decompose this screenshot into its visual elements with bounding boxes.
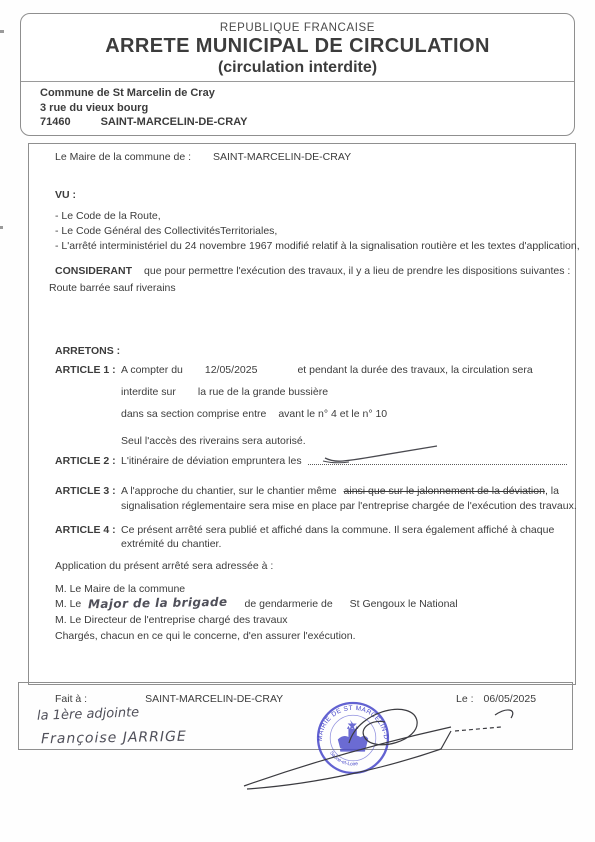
article2-text: L'itinéraire de déviation empruntera les: [121, 455, 302, 467]
article1-line2-pre: interdite sur: [121, 386, 176, 398]
recipient2-pre: M. Le: [55, 598, 81, 610]
document-title: ARRETE MUNICIPAL DE CIRCULATION: [21, 35, 574, 58]
vu-item: - Le Code de la Route,: [55, 210, 161, 222]
article1-line1-pre: A compter du: [121, 364, 183, 376]
commune-address-block: Commune de St Marcelin de Cray 3 rue du …: [21, 82, 574, 130]
recipient2-city: St Gengoux le National: [350, 598, 458, 610]
commune-street: 3 rue du vieux bourg: [40, 101, 574, 116]
article3-struck-text: ainsi que sur le jalonnement de la dévia…: [344, 485, 545, 497]
considerant-line: CONSIDERANTque pour permettre l'exécutio…: [55, 265, 570, 277]
article1-line1-post: et pendant la durée des travaux, la circ…: [297, 364, 532, 376]
scanned-document-page: REPUBLIQUE FRANCAISE ARRETE MUNICIPAL DE…: [0, 0, 595, 842]
recipient-line: M. Le Directeur de l'entreprise chargé d…: [55, 614, 288, 626]
article3-line2: signalisation réglementaire sera mise en…: [121, 500, 577, 512]
article1-note: Seul l'accès des riverains sera autorisé…: [121, 435, 306, 447]
vu-label: VU :: [55, 189, 76, 201]
article1-label: ARTICLE 1 :: [55, 364, 116, 376]
mayor-line: Le Maire de la commune de :SAINT-MARCELI…: [55, 151, 351, 163]
mayor-value: SAINT-MARCELIN-DE-CRAY: [213, 151, 351, 163]
article3-line1-pre: A l'approche du chantier, sur le chantie…: [121, 485, 337, 497]
article3-line1-post: , la: [545, 485, 559, 497]
considerant-detail: Route barrée sauf riverains: [49, 282, 176, 294]
commune-city-line: 71460SAINT-MARCELIN-DE-CRAY: [40, 115, 574, 130]
header-box: REPUBLIQUE FRANCAISE ARRETE MUNICIPAL DE…: [20, 13, 575, 136]
article1-date-value: 12/05/2025: [205, 364, 258, 376]
commune-name: Commune de St Marcelin de Cray: [40, 86, 574, 101]
article4-label: ARTICLE 4 :: [55, 524, 116, 536]
signature: [199, 691, 539, 806]
application-line: Application du présent arrêté sera adres…: [55, 560, 273, 572]
recipient-line-gendarmerie: M. Le Major de la brigade de gendarmerie…: [55, 596, 458, 610]
postal-code: 71460: [40, 116, 71, 128]
article1-line2: interdite surla rue de la grande bussièr…: [121, 386, 328, 398]
recipient-line: M. Le Maire de la commune: [55, 583, 185, 595]
scan-artifact: [0, 226, 3, 229]
republic-heading: REPUBLIQUE FRANCAISE: [21, 22, 574, 34]
recipient-line: Chargés, chacun en ce qui le concerne, d…: [55, 630, 356, 642]
body-box: Le Maire de la commune de :SAINT-MARCELI…: [28, 143, 576, 685]
article1-line3: dans sa section comprise entreavant le n…: [121, 408, 387, 420]
article1-section-value: avant le n° 4 et le n° 10: [278, 408, 387, 420]
article1-street-value: la rue de la grande bussière: [198, 386, 328, 398]
article4-line1: Ce présent arrêté sera publié et affiché…: [121, 524, 554, 536]
article2-label: ARTICLE 2 :: [55, 455, 116, 467]
article3-line1: A l'approche du chantier, sur le chantie…: [121, 485, 559, 497]
document-subtitle: (circulation interdite): [21, 59, 574, 77]
article1-line1: A compter du12/05/2025et pendant la duré…: [121, 364, 533, 376]
mayor-label: Le Maire de la commune de :: [55, 151, 191, 163]
handwritten-rank: Major de la brigade: [88, 595, 228, 611]
footer-box: Fait à :SAINT-MARCELIN-DE-CRAY Le :06/05…: [18, 682, 573, 750]
vu-item: - L'arrêté interministériel du 24 novemb…: [55, 240, 580, 252]
considerant-text: que pour permettre l'exécution des trava…: [144, 265, 570, 277]
recipient2-mid: de gendarmerie de: [245, 598, 333, 610]
scan-artifact: [0, 30, 4, 33]
arretons-label: ARRETONS :: [55, 345, 120, 357]
pen-cross-stroke: [319, 442, 444, 466]
considerant-label: CONSIDERANT: [55, 265, 132, 277]
article1-line3-pre: dans sa section comprise entre: [121, 408, 266, 420]
vu-item: - Le Code Général des CollectivitésTerri…: [55, 225, 277, 237]
fait-a-label: Fait à :: [55, 693, 87, 705]
article4-line2: extrémité du chantier.: [121, 538, 221, 550]
handwritten-name: Françoise JARRIGE: [41, 729, 187, 748]
handwritten-function: la 1ère adjointe: [37, 705, 140, 724]
city-name: SAINT-MARCELIN-DE-CRAY: [101, 116, 248, 128]
article3-label: ARTICLE 3 :: [55, 485, 116, 497]
